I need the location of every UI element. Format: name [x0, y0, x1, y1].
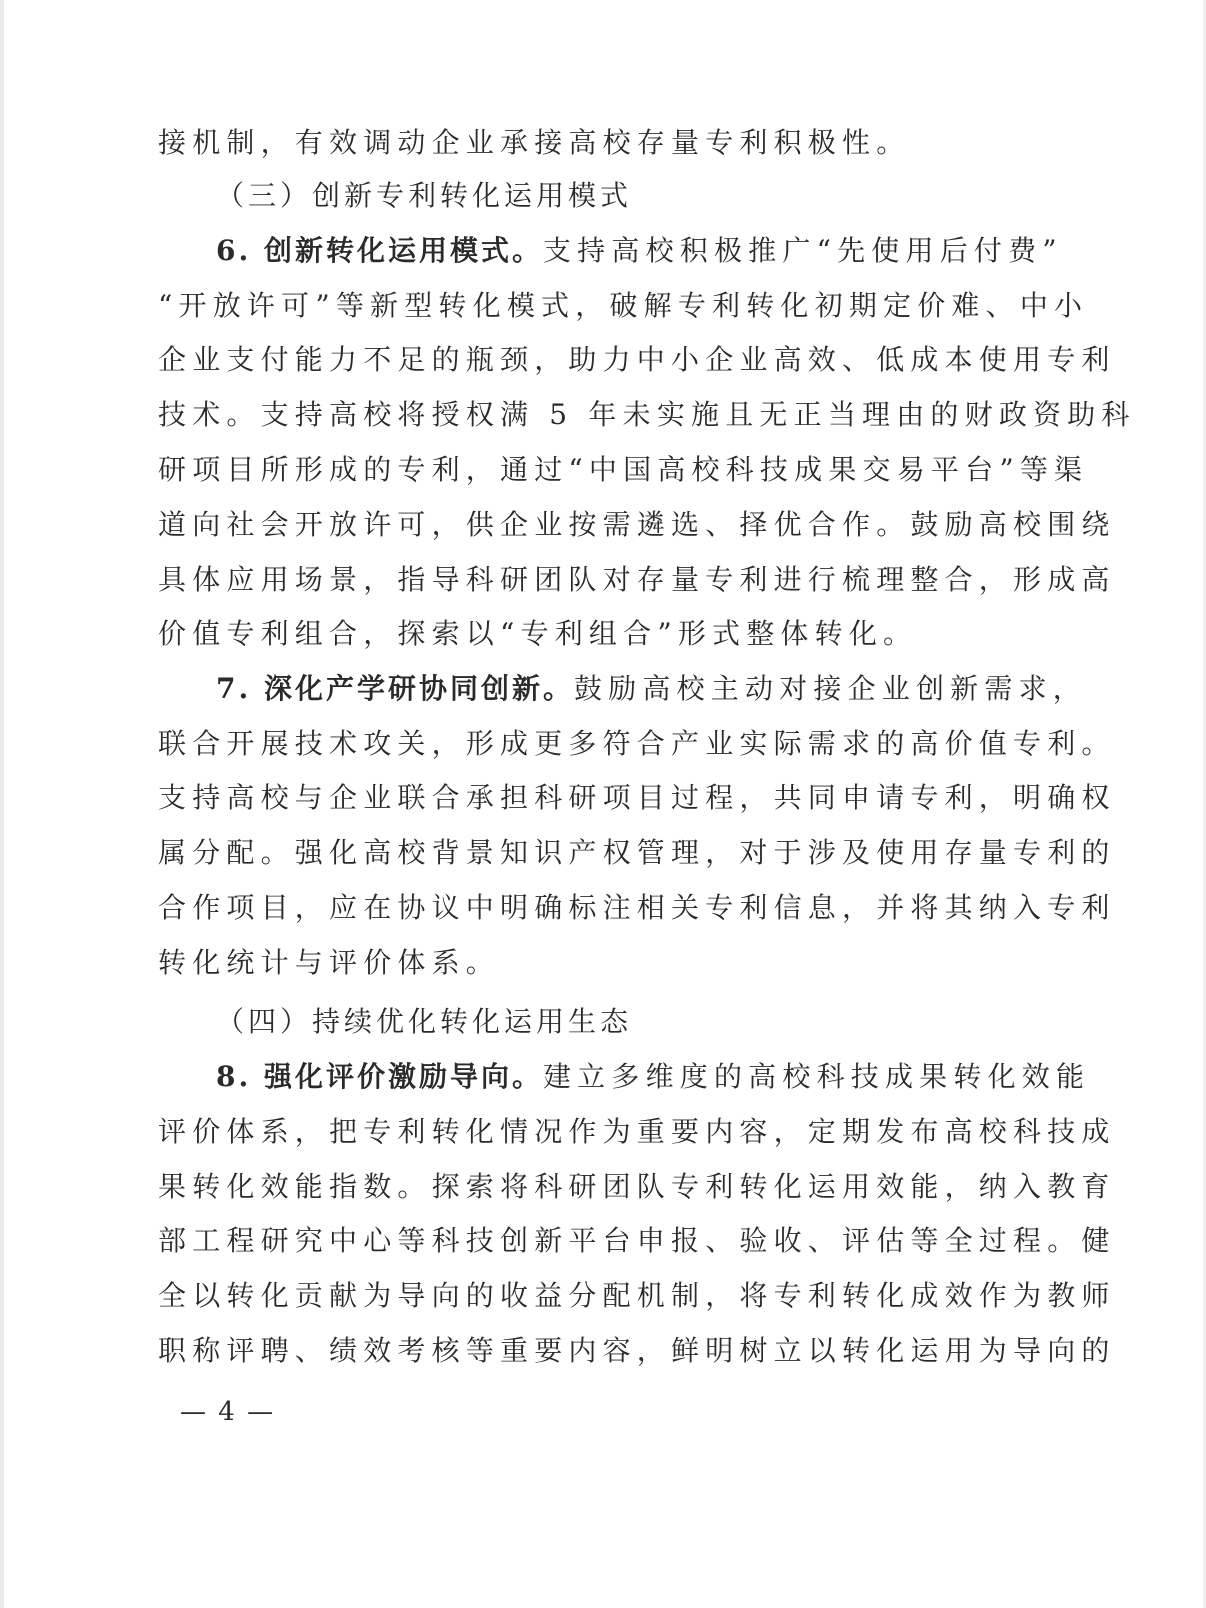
body-line: 属分配。强化高校背景知识产权管理，对于涉及使用存量专利的	[158, 833, 1048, 873]
section-heading-3: （三）创新专利转化运用模式	[158, 176, 1048, 216]
body-line: 合作项目，应在协议中明确标注相关专利信息，并将其纳入专利	[158, 888, 1048, 928]
body-line: 联合开展技术攻关，形成更多符合产业实际需求的高价值专利。	[158, 724, 1048, 764]
body-line: 具体应用场景，指导科研团队对存量专利进行梳理整合，形成高	[158, 560, 1048, 600]
body-line: 全以转化贡献为导向的收益分配机制，将专利转化成效作为教师	[158, 1276, 1048, 1316]
page-edge-left	[0, 0, 4, 1608]
body-line: 技术。支持高校将授权满 5 年未实施且无正当理由的财政资助科	[158, 395, 1048, 435]
body-line: 评价体系，把专利转化情况作为重要内容，定期发布高校科技成	[158, 1112, 1048, 1152]
body-line: 道向社会开放许可，供企业按需遴选、择优合作。鼓励高校围绕	[158, 505, 1048, 545]
body-line: 转化统计与评价体系。	[158, 943, 1048, 983]
body-line: 支持高校与企业联合承担科研项目过程，共同申请专利，明确权	[158, 778, 1048, 818]
item-6-title: 6. 创新转化运用模式。	[216, 234, 543, 267]
item-7-text: 鼓励高校主动对接企业创新需求，	[574, 672, 1087, 705]
item-6-line: 6. 创新转化运用模式。支持高校积极推广“先使用后付费”	[158, 231, 1048, 271]
page-number: — 4 —	[180, 1392, 275, 1432]
body-line: 价值专利组合，探索以“专利组合”形式整体转化。	[158, 614, 1048, 654]
body-line: 研项目所形成的专利，通过“中国高校科技成果交易平台”等渠	[158, 450, 1048, 490]
item-8-line: 8. 强化评价激励导向。建立多维度的高校科技成果转化效能	[158, 1057, 1048, 1097]
item-8-text: 建立多维度的高校科技成果转化效能	[543, 1060, 1090, 1093]
item-8-title: 8. 强化评价激励导向。	[216, 1060, 543, 1093]
body-line: 部工程研究中心等科技创新平台申报、验收、评估等全过程。健	[158, 1221, 1048, 1261]
body-line: 企业支付能力不足的瓶颈，助力中小企业高效、低成本使用专利	[158, 340, 1048, 380]
item-6-text: 支持高校积极推广“先使用后付费”	[543, 234, 1063, 267]
body-line: “开放许可”等新型转化模式，破解专利转化初期定价难、中小	[158, 286, 1048, 326]
section-heading-4: （四）持续优化转化运用生态	[158, 1002, 1048, 1042]
item-7-title: 7. 深化产学研协同创新。	[216, 672, 574, 705]
item-7-line: 7. 深化产学研协同创新。鼓励高校主动对接企业创新需求，	[158, 669, 1048, 709]
body-line: 果转化效能指数。探索将科研团队专利转化运用效能，纳入教育	[158, 1167, 1048, 1207]
body-line: 接机制，有效调动企业承接高校存量专利积极性。	[158, 123, 1048, 163]
body-line: 职称评聘、绩效考核等重要内容，鲜明树立以转化运用为导向的	[158, 1331, 1048, 1371]
